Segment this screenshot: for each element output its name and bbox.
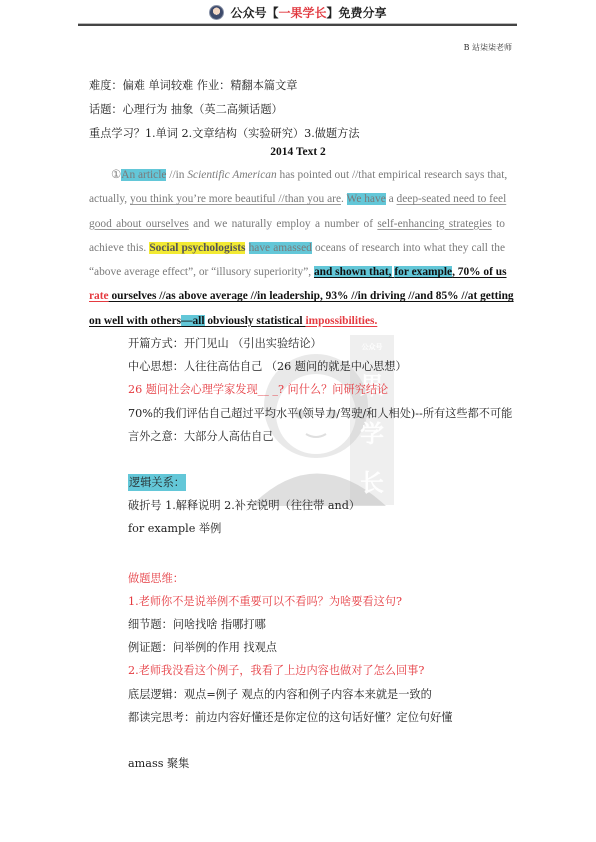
highlight-cyan: An article: [121, 169, 166, 181]
note-question-26: 26 题问社会心理学家发现__ _? 问什么？问研究结论: [128, 381, 388, 397]
bold-underlined-text: , 70% of us: [452, 266, 506, 278]
highlight-cyan: We have: [347, 193, 386, 205]
passage-text: oceans of research into what they call t…: [312, 242, 505, 254]
passage-text: achieve this.: [89, 242, 149, 254]
passage-text: actually,: [89, 193, 130, 205]
highlight-cyan: have amassed: [249, 242, 312, 254]
passage-title: 2014 Text 2: [0, 146, 596, 158]
passage-line: rate ourselves //as above average //in l…: [89, 284, 505, 308]
passage-text: “above average effect”, or “illusory sup…: [89, 266, 314, 278]
bold-highlight-cyan: —all: [181, 315, 204, 327]
note-question-2: 2.老师我没看这个例子，我看了上边内容也做对了怎么回事?: [128, 662, 424, 678]
bold-underlined-text: ourselves //as above average //in leader…: [109, 290, 514, 302]
difficulty-line: 难度：偏难 单词较难 作业：精翻本篇文章: [89, 77, 298, 93]
header-bracket-close: 】: [327, 4, 339, 21]
note-for-example: for example 举例: [128, 520, 221, 536]
passage-text: has pointed out //that empirical researc…: [277, 169, 508, 181]
bold-highlight-cyan: for example: [394, 266, 452, 278]
passage-text: .: [341, 193, 347, 205]
note-implication: 言外之意：大部分人高估自己: [128, 428, 273, 444]
passage-line: ①An article //in Scientific American has…: [89, 163, 505, 187]
italic-title: Scientific American: [187, 169, 276, 181]
focus-line: 重点学习？1.单词 2.文章结构（实验研究）3.做题方法: [89, 125, 360, 141]
underlined-phrase: you think you’re more beautiful //than y…: [130, 193, 341, 205]
passage-text: to: [492, 218, 505, 230]
passage-text: a: [386, 193, 397, 205]
header-divider: [78, 24, 517, 26]
passage-line: achieve this. Social psychologists have …: [89, 236, 505, 260]
passage-text: ①: [111, 169, 121, 181]
passage-line: “above average effect”, or “illusory sup…: [89, 260, 505, 284]
note-dash: 破折号 1.解释说明 2.补充说明（往往带 and）: [128, 497, 360, 513]
page-header: 公众号 【 一果学长 】 免费分享: [0, 0, 596, 24]
red-emphasis: rate: [89, 290, 109, 302]
topic-line: 话题：心理行为 抽象（英二高频话题）: [89, 101, 283, 117]
note-bottom-logic: 底层逻辑：观点=例子 观点的内容和例子内容本来就是一致的: [128, 686, 432, 702]
corner-note: B 站柒柒老师: [464, 42, 512, 53]
underlined-phrase: self-enhancing strategies: [377, 218, 491, 230]
bold-highlight-cyan: and shown that,: [314, 266, 392, 278]
bold-underlined-text: on well with others: [89, 315, 181, 327]
note-main-idea: 中心思想：人往往高估自己 （26 题问的就是中心思想）: [128, 358, 407, 374]
logic-label: 逻辑关系：: [128, 474, 186, 490]
passage-line: actually, you think you’re more beautifu…: [89, 187, 505, 211]
passage-line: good about ourselves and we naturally em…: [89, 212, 505, 236]
note-example-question: 例证题：问举例的作用 找观点: [128, 639, 277, 655]
header-bracket-open: 【: [266, 4, 278, 21]
note-detail-question: 细节题：问啥找啥 指哪打哪: [128, 616, 266, 632]
red-emphasis: impossibilities.: [305, 315, 377, 327]
avatar-icon: [209, 5, 224, 20]
header-prefix: 公众号: [230, 4, 266, 21]
passage-line: on well with others—all obviously statis…: [89, 309, 505, 333]
note-opening: 开篇方式：开门见山 （引出实验结论）: [128, 335, 322, 351]
note-reflection: 都读完思考：前边内容好懂还是你定位的这句话好懂？定位句好懂: [128, 709, 452, 725]
vocab-amass: amass 聚集: [128, 755, 189, 771]
note-question-1: 1.老师你不是说举例不重要可以不看吗？为啥要看这句?: [128, 593, 402, 609]
underlined-phrase: good about ourselves: [89, 218, 189, 230]
underlined-phrase: deep-seated need to feel: [397, 193, 507, 205]
header-suffix: 免费分享: [339, 4, 387, 21]
passage-text: and we naturally employ a number of: [189, 218, 378, 230]
header-brand: 一果学长: [278, 4, 326, 21]
highlight-yellow: Social psychologists: [149, 242, 245, 254]
bold-underlined-text: obviously statistical: [205, 315, 306, 327]
thinking-label: 做题思维：: [128, 570, 184, 586]
passage-body: ①An article //in Scientific American has…: [89, 163, 505, 333]
passage-text: //in: [166, 169, 187, 181]
note-translation: 70%的我们评估自己超过平均水平(领导力/驾驶/和人相处)--所有这些都不可能: [128, 405, 512, 421]
